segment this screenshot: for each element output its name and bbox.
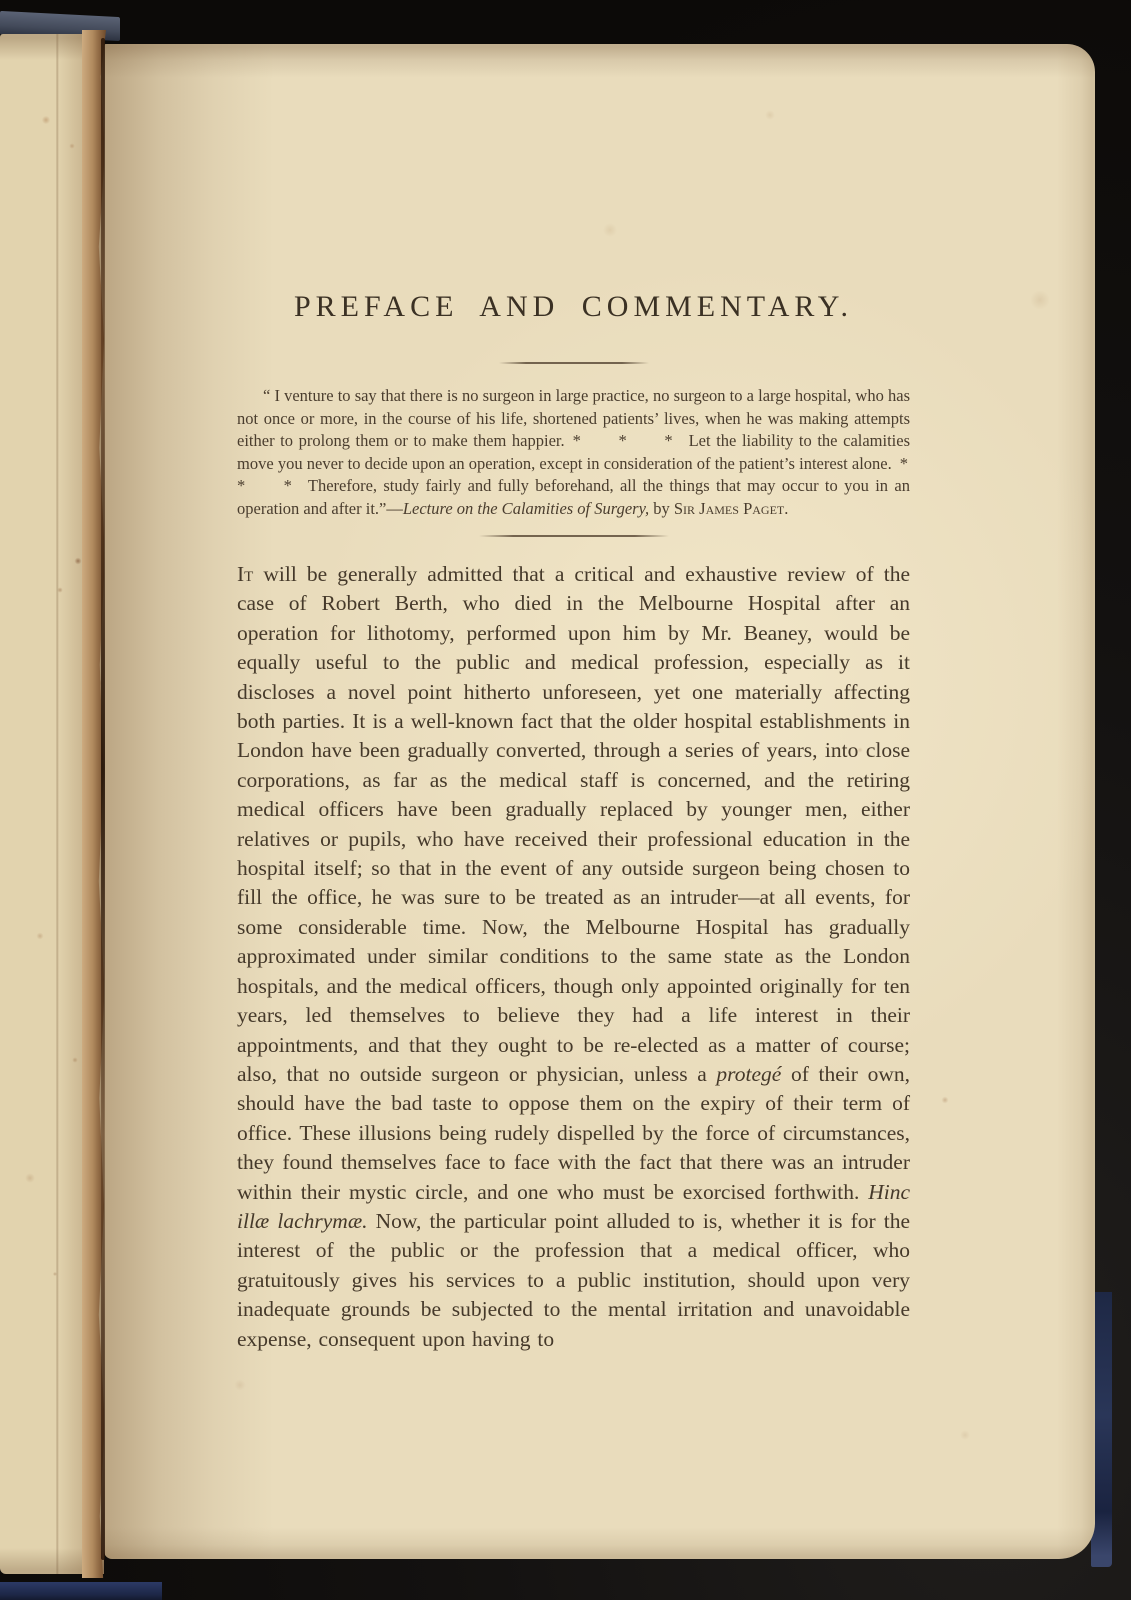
body-text: It will be generally admitted that a cri… (237, 560, 910, 1354)
book-cover-bottom-edge (0, 1582, 162, 1600)
book-photo: PREFACE AND COMMENTARY. “ I venture to s… (0, 0, 1131, 1600)
text-column: PREFACE AND COMMENTARY. “ I venture to s… (237, 44, 910, 1354)
page-title: PREFACE AND COMMENTARY. (237, 290, 910, 324)
body-italic-protege: protegé (716, 1062, 781, 1086)
lead-word: It (237, 562, 253, 586)
epigraph-segment: by (649, 499, 674, 518)
epigraph: “ I venture to say that there is no surg… (237, 385, 910, 520)
epigraph-source-title: Lecture on the Calamities of Surgery, (403, 499, 649, 518)
asterisk-separator: * * * (565, 431, 689, 450)
epigraph-author: Sir James Paget. (674, 499, 788, 518)
body-segment: will be generally admitted that a critic… (237, 562, 910, 1086)
title-divider (499, 362, 649, 364)
gutter-crack (101, 38, 105, 1560)
book-page: PREFACE AND COMMENTARY. “ I venture to s… (104, 44, 1095, 1559)
epigraph-divider (479, 535, 669, 537)
